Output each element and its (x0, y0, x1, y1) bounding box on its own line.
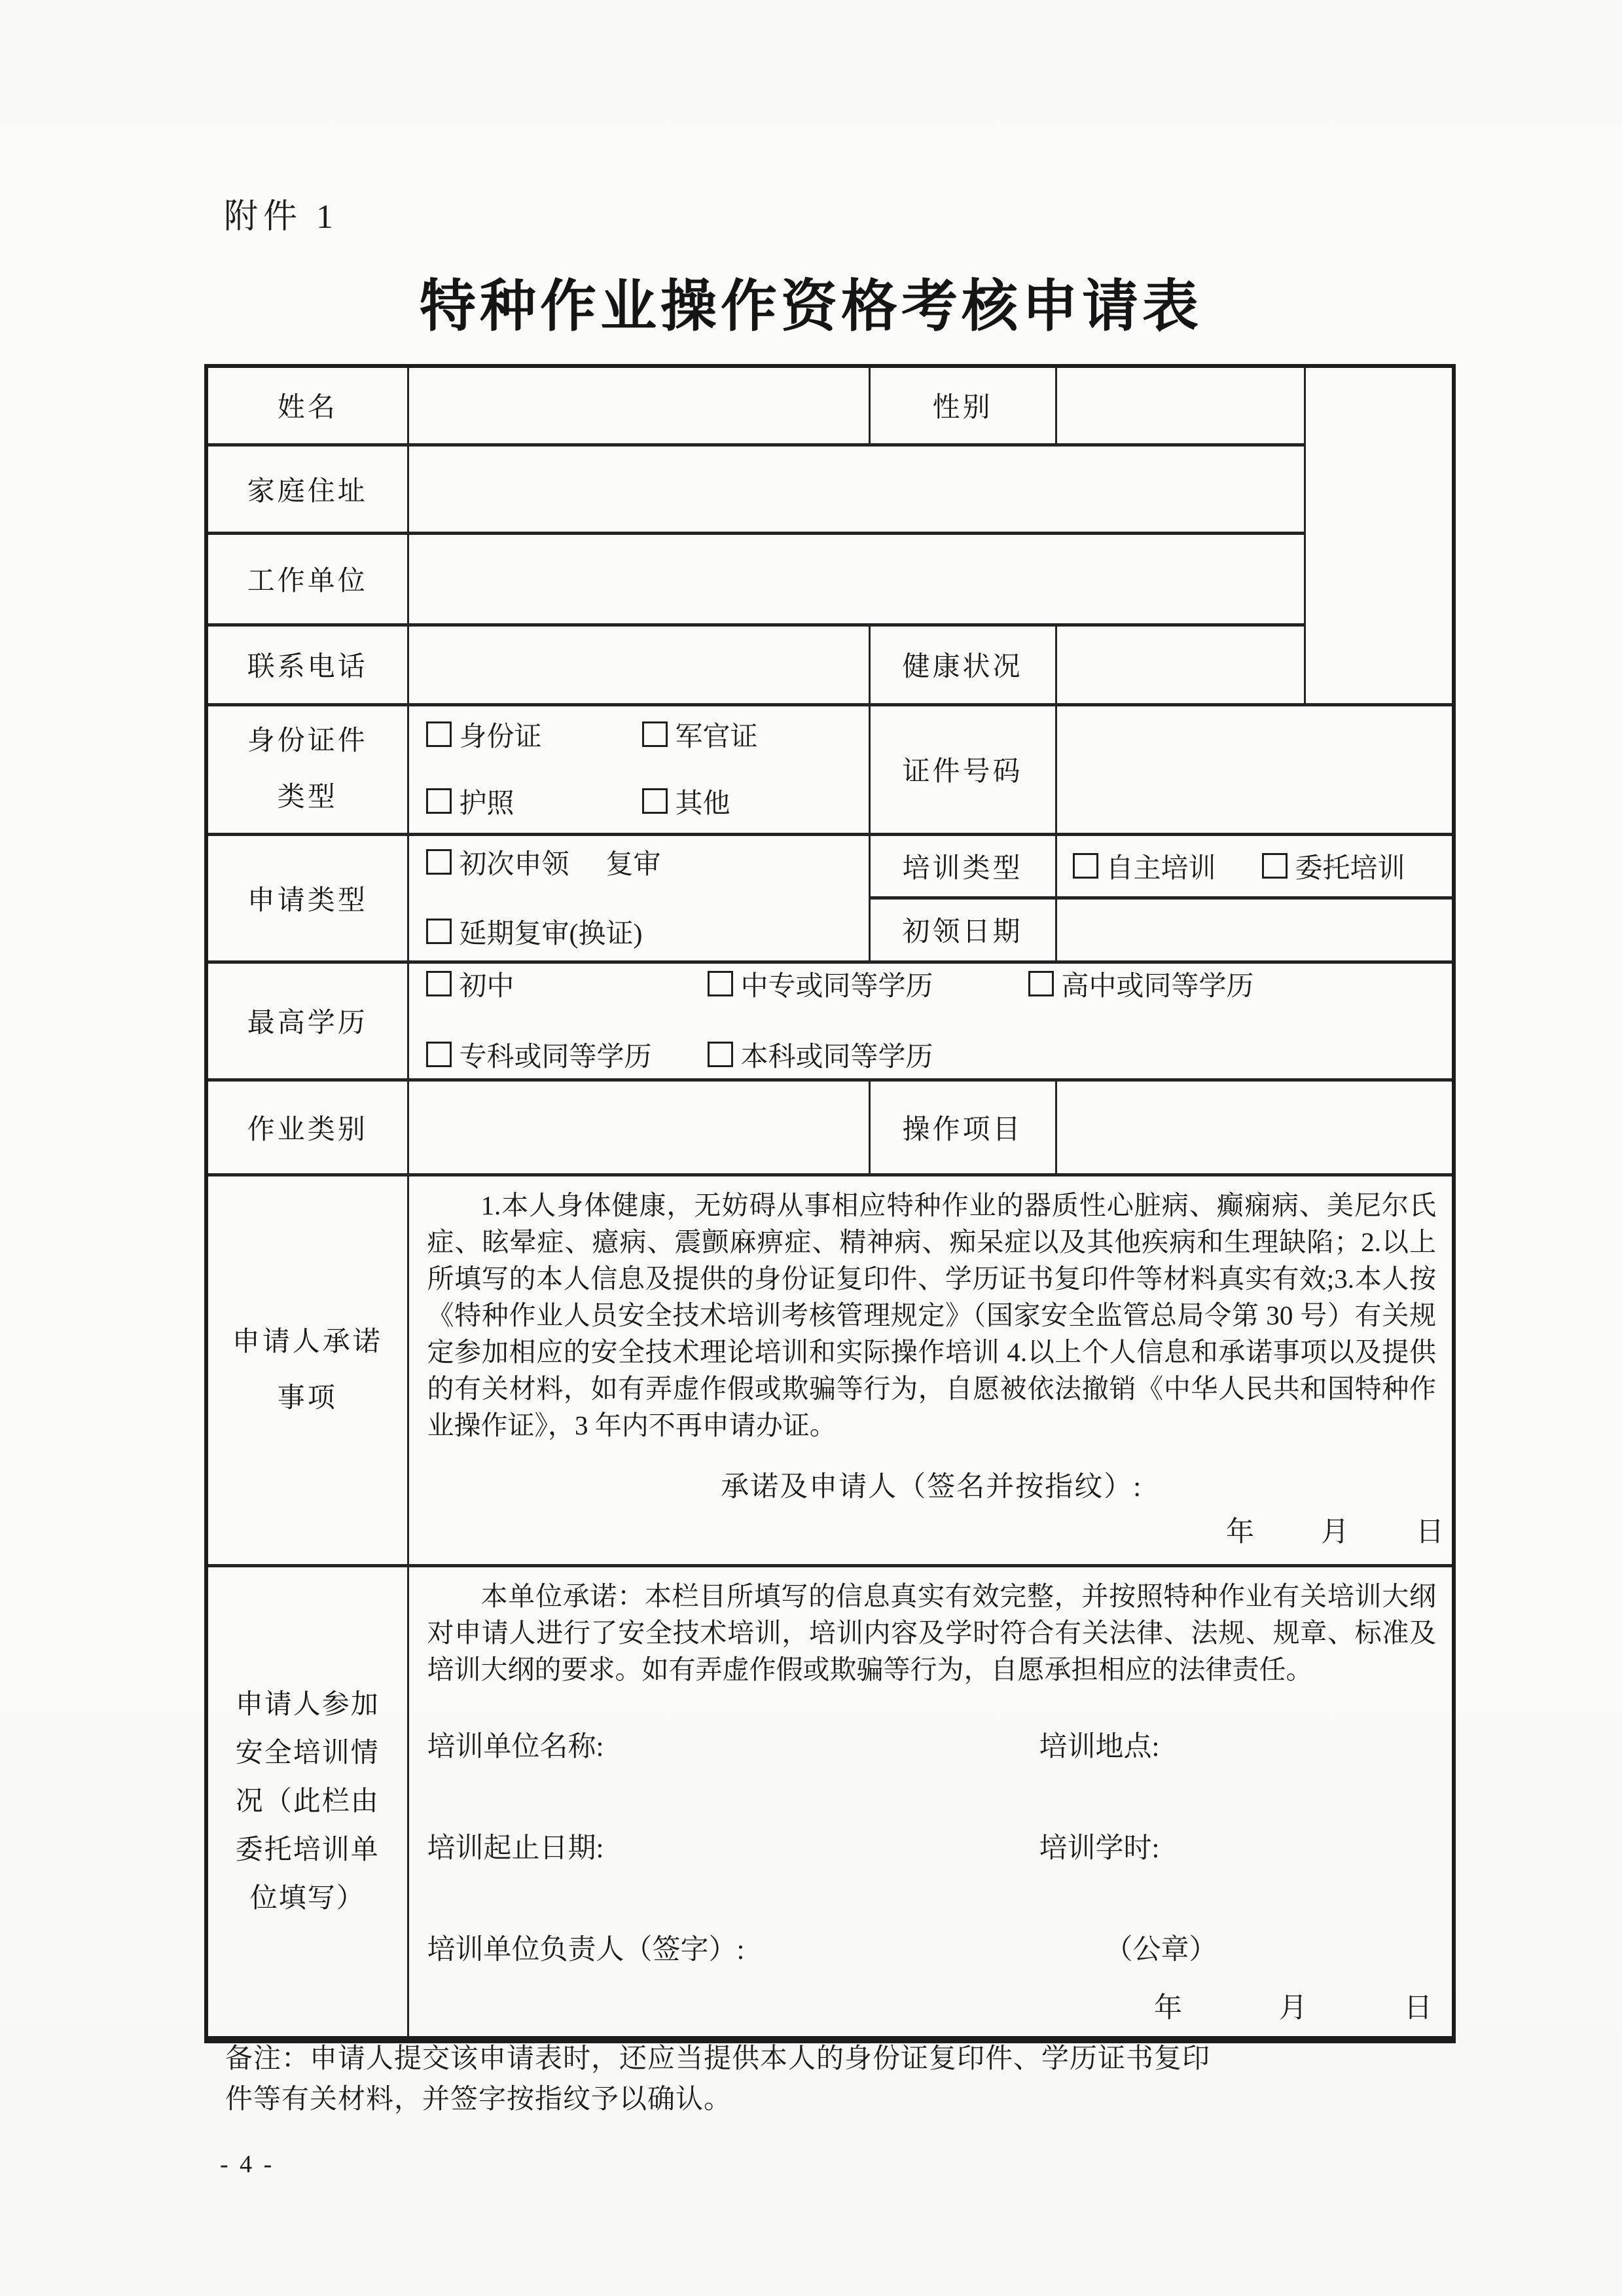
education-options-cell: 初中 中专或同等学历 高中或同等学历 (408, 962, 1454, 1080)
page-number: - 4 - (220, 2150, 274, 2179)
training-type-label: 培训类型 (869, 834, 1056, 898)
checkbox-label: 身份证 (460, 715, 542, 754)
address-value-cell[interactable] (408, 445, 1305, 533)
training-org-name-label: 培训单位名称: (427, 1724, 1039, 1764)
official-seal-label: （公章） (1039, 1927, 1217, 1967)
training-row-label-line: 委托培训单 (208, 1826, 407, 1874)
apply-type-label: 申请类型 (206, 834, 408, 962)
date-month-label: 月 (1321, 1510, 1349, 1550)
training-date-line: 年 月 日 (1154, 1986, 1452, 2026)
checkbox-technical-secondary[interactable] (708, 971, 733, 996)
row-apply-type-top: 申请类型 初次申领 复审 延期复审(换证) (206, 834, 1454, 898)
apply-type-options-cell: 初次申领 复审 延期复审(换证) (408, 834, 869, 962)
date-year-label: 年 (1226, 1510, 1254, 1550)
row-education: 最高学历 初中 中专或同等学历 高中或同等 (206, 962, 1454, 1080)
training-content-cell: 本单位承诺：本栏目所填写的信息真实有效完整，并按照特种作业有关培训大纲对申请人进… (408, 1565, 1454, 2039)
apply-type-option-first: 初次申领 (426, 843, 569, 882)
training-type-options-cell: 自主培训 委托培训 (1056, 834, 1454, 898)
row-phone-health: 联系电话 健康状况 (206, 625, 1454, 704)
commitment-row-label-line2: 事项 (208, 1370, 407, 1427)
id-type-option-officer: 军官证 (642, 715, 758, 754)
employer-value-cell[interactable] (408, 533, 1305, 625)
id-number-value-cell[interactable] (1056, 704, 1454, 834)
checkbox-junior-high[interactable] (426, 971, 452, 996)
name-label: 姓名 (206, 366, 408, 445)
id-type-option-idcard: 身份证 (426, 715, 642, 754)
training-org-row: 培训单位名称: 培训地点: (427, 1724, 1437, 1764)
row-work-category: 作业类别 操作项目 (206, 1080, 1454, 1175)
id-type-option-other: 其他 (642, 782, 730, 821)
commitment-content-cell: 1.本人身体健康，无妨碍从事相应特种作业的器质性心脏病、癫痫病、美尼尔氏症、眩晕… (408, 1175, 1454, 1565)
checkbox-officer-cert[interactable] (642, 721, 668, 747)
photo-cell (1305, 366, 1454, 704)
checkbox-label: 初中 (460, 964, 514, 1004)
operation-item-label: 操作项目 (869, 1080, 1056, 1175)
health-value-cell[interactable] (1056, 625, 1305, 704)
training-head-sign-label: 培训单位负责人（签字）: (427, 1927, 1039, 1967)
row-id-type: 身份证件 类型 身份证 军官证 (206, 704, 1454, 834)
gender-label: 性别 (869, 366, 1056, 445)
address-label: 家庭住址 (206, 445, 408, 533)
checkbox-senior-high[interactable] (1028, 971, 1054, 996)
id-type-options-cell: 身份证 军官证 护照 其他 (408, 704, 869, 834)
footer-note: 备注：申请人提交该申请表时，还应当提供本人的身份证复印件、学历证书复印 件等有关… (225, 2039, 1440, 2120)
employer-label: 工作单位 (206, 533, 408, 625)
training-type-option-entrusted: 委托培训 (1262, 847, 1405, 886)
date-day-label: 日 (1416, 1510, 1444, 1550)
work-category-value-cell[interactable] (408, 1080, 869, 1175)
id-type-label-line1: 身份证件 (208, 713, 407, 769)
checkbox-self-training[interactable] (1073, 853, 1098, 879)
operation-item-value-cell[interactable] (1056, 1080, 1454, 1175)
checkbox-label: 延期复审(换证) (460, 912, 643, 951)
checkbox-bachelor[interactable] (708, 1042, 733, 1067)
training-row-label-line: 申请人参加 (208, 1681, 407, 1729)
training-row-label-line: 安全培训情 (208, 1729, 407, 1777)
phone-value-cell[interactable] (408, 625, 869, 704)
commitment-date-line: 年 月 日 (1226, 1510, 1452, 1550)
commitment-row-label: 申请人承诺 事项 (206, 1175, 408, 1565)
checkbox-passport[interactable] (426, 788, 452, 814)
training-row-label-line: 况（此栏由 (208, 1777, 407, 1826)
checkbox-renewal-review[interactable] (426, 919, 452, 944)
row-employer: 工作单位 (206, 533, 1454, 625)
date-year-label: 年 (1154, 1986, 1182, 2026)
attachment-label: 附件 1 (224, 189, 338, 238)
id-type-option-passport: 护照 (426, 782, 642, 821)
row-address: 家庭住址 (206, 445, 1454, 533)
name-value-cell[interactable] (408, 366, 869, 445)
apply-type-review-text: 复审 (606, 843, 661, 882)
work-category-label: 作业类别 (206, 1080, 408, 1175)
checkbox-label: 军官证 (676, 715, 758, 754)
apply-type-option-renewal: 延期复审(换证) (426, 912, 643, 951)
training-hours-label: 培训学时: (1039, 1826, 1160, 1866)
checkbox-entrusted-training[interactable] (1262, 853, 1288, 879)
checkbox-label: 护照 (460, 782, 514, 821)
training-location-label: 培训地点: (1039, 1724, 1160, 1764)
checkbox-label: 本科或同等学历 (741, 1035, 933, 1074)
education-option-college: 专科或同等学历 (426, 1035, 708, 1074)
education-option-bachelor: 本科或同等学历 (708, 1035, 933, 1074)
page-title: 特种作业操作资格考核申请表 (0, 261, 1622, 342)
phone-label: 联系电话 (206, 625, 408, 704)
checkbox-label: 初次申领 (460, 843, 569, 882)
training-row-label: 申请人参加 安全培训情 况（此栏由 委托培训单 位填写） (206, 1565, 408, 2039)
footer-note-line2: 件等有关材料，并签字按指纹予以确认。 (225, 2079, 1440, 2120)
training-date-range-label: 培训起止日期: (427, 1826, 1039, 1866)
gender-value-cell[interactable] (1056, 366, 1305, 445)
checkbox-first-application[interactable] (426, 849, 452, 875)
row-training-info: 申请人参加 安全培训情 况（此栏由 委托培训单 位填写） 本单位承诺：本栏目所填… (206, 1565, 1454, 2039)
checkbox-label: 自主培训 (1106, 847, 1216, 886)
commitment-signature-label: 承诺及申请人（签名并按指纹）: (427, 1465, 1437, 1504)
health-label: 健康状况 (869, 625, 1056, 704)
commitment-row-label-line1: 申请人承诺 (208, 1314, 407, 1370)
training-dates-row: 培训起止日期: 培训学时: (427, 1826, 1437, 1866)
footer-note-line1: 备注：申请人提交该申请表时，还应当提供本人的身份证复印件、学历证书复印 (225, 2039, 1440, 2079)
checkbox-label: 中专或同等学历 (741, 964, 933, 1004)
date-month-label: 月 (1279, 1986, 1307, 2026)
training-body-text: 本单位承诺：本栏目所填写的信息真实有效完整，并按照特种作业有关培训大纲对申请人进… (427, 1578, 1437, 1688)
row-name-gender: 姓名 性别 (206, 366, 1454, 445)
first-issue-date-label: 初领日期 (869, 898, 1056, 962)
education-label: 最高学历 (206, 962, 408, 1080)
checkbox-label: 高中或同等学历 (1062, 964, 1254, 1004)
commitment-body-text: 1.本人身体健康，无妨碍从事相应特种作业的器质性心脏病、癫痫病、美尼尔氏症、眩晕… (427, 1187, 1437, 1444)
id-type-label-line2: 类型 (208, 769, 407, 826)
id-type-label: 身份证件 类型 (206, 704, 408, 834)
education-option-technical-secondary: 中专或同等学历 (708, 964, 1028, 1004)
first-issue-date-value-cell[interactable] (1056, 898, 1454, 962)
checkbox-label: 委托培训 (1295, 847, 1405, 886)
row-commitment: 申请人承诺 事项 1.本人身体健康，无妨碍从事相应特种作业的器质性心脏病、癫痫病… (206, 1175, 1454, 1565)
date-day-label: 日 (1404, 1986, 1432, 2026)
scanned-form-page: 附件 1 特种作业操作资格考核申请表 姓名 性别 家庭住址 工作单位 联系电话 … (0, 0, 1622, 2296)
checkbox-label: 专科或同等学历 (460, 1035, 652, 1074)
training-sign-row: 培训单位负责人（签字）: （公章） (427, 1927, 1437, 1967)
application-form-table: 姓名 性别 家庭住址 工作单位 联系电话 健康状况 身份证件 类型 (204, 364, 1456, 2043)
training-row-label-line: 位填写） (208, 1874, 407, 1923)
education-option-senior-high: 高中或同等学历 (1028, 964, 1254, 1004)
checkbox-label: 其他 (676, 782, 730, 821)
checkbox-id-card[interactable] (426, 721, 452, 747)
training-type-option-self: 自主培训 (1073, 847, 1216, 886)
checkbox-college[interactable] (426, 1042, 452, 1067)
education-option-junior-high: 初中 (426, 964, 708, 1004)
checkbox-other[interactable] (642, 788, 668, 814)
id-number-label: 证件号码 (869, 704, 1056, 834)
